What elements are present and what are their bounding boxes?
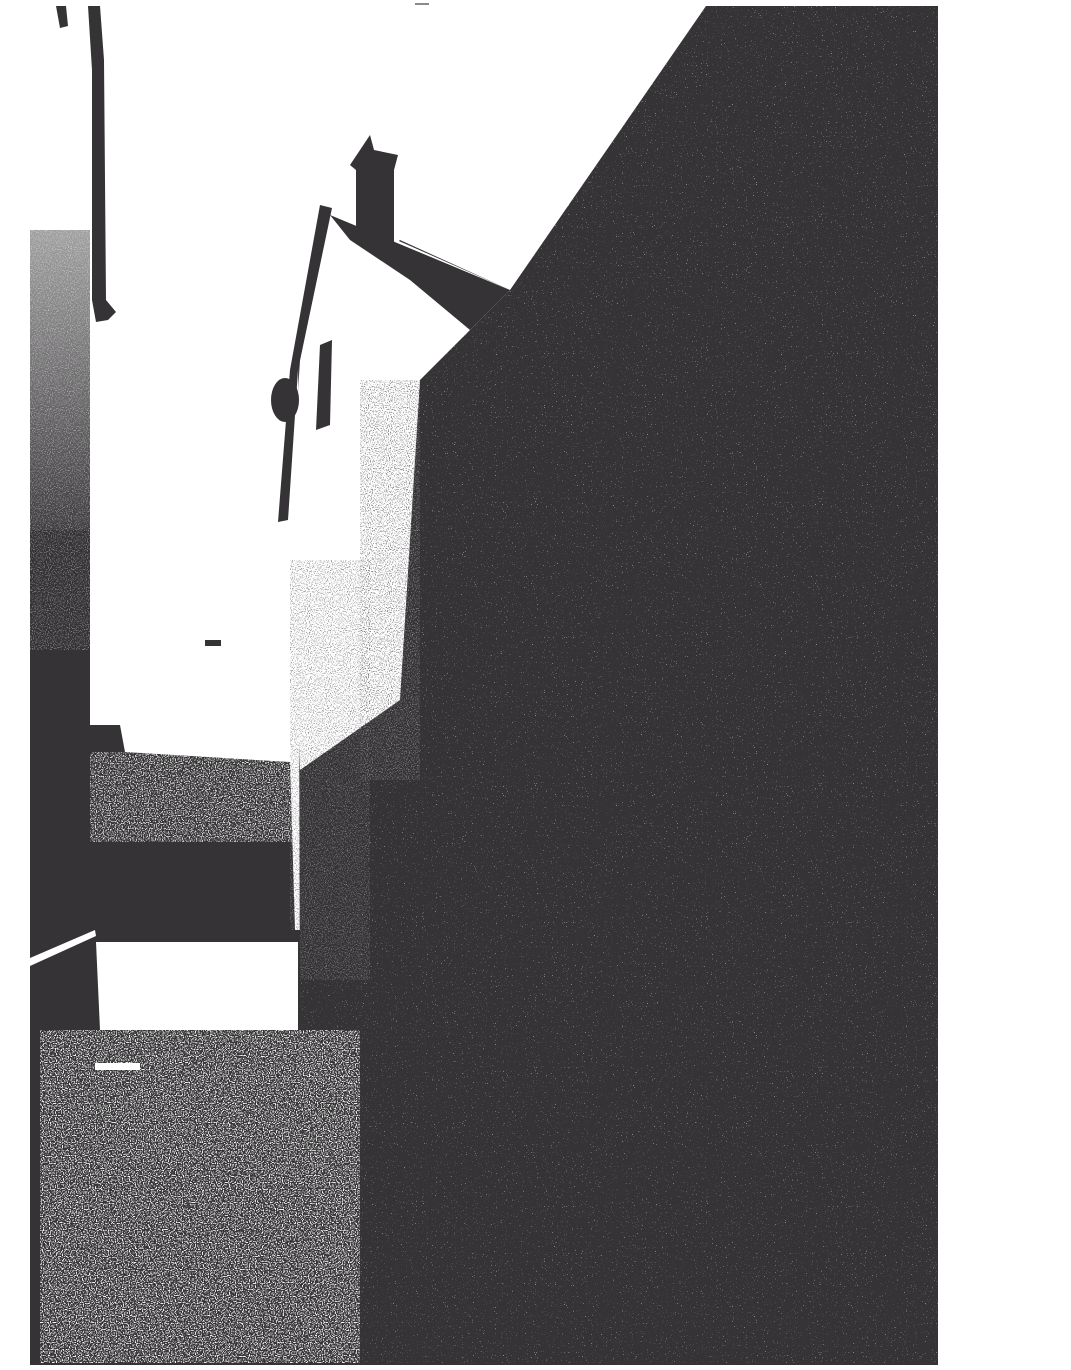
wall-lamp xyxy=(271,378,299,422)
step-highlight xyxy=(95,1063,140,1070)
alley-photograph xyxy=(0,0,1071,1370)
distant-object xyxy=(205,640,221,646)
